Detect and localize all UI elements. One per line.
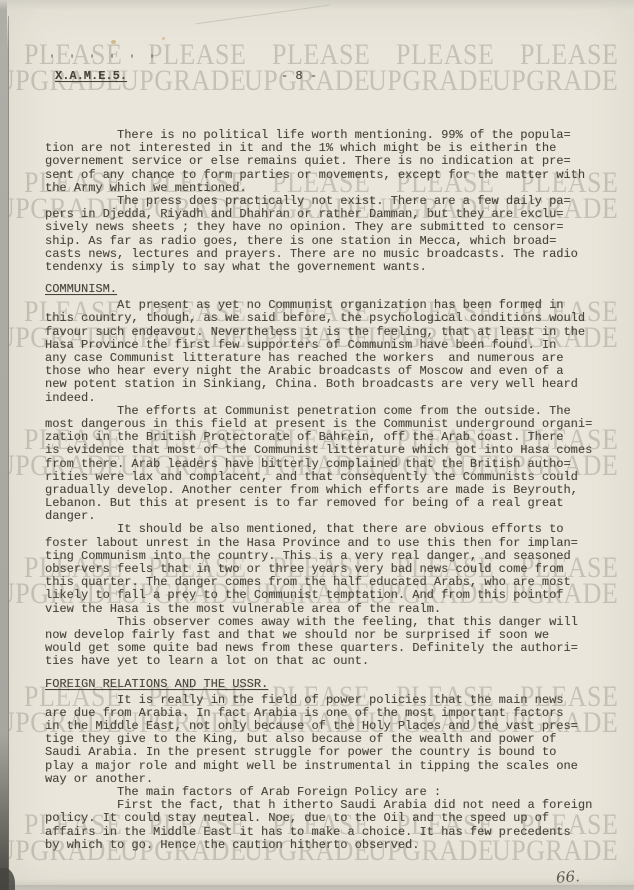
text-line: governement service or else remains quie… xyxy=(45,155,620,168)
scan-top-edge xyxy=(0,0,634,10)
text-line: from there. Arab leaders have bitterly c… xyxy=(45,458,620,471)
section-heading: COMMUNISM. xyxy=(45,283,620,296)
section-heading: FOREIGN RELATIONS AND THE USSR. xyxy=(45,678,620,691)
text-line: policy. It could stay neuteal. Noe, due … xyxy=(45,812,620,825)
paper-stain xyxy=(162,37,165,40)
text-line: ship. As far as radio goes, there is one… xyxy=(45,235,620,248)
text-line: the Army which we mentioned. xyxy=(45,182,620,195)
text-line: This observer comes away with the feelin… xyxy=(45,616,620,629)
text-line: Saudi Arabia. In the present struggle fo… xyxy=(45,746,620,759)
text-line: view the Hasa is the most vulnerable are… xyxy=(45,603,620,616)
text-line: rities were lax and complacent, and that… xyxy=(45,471,620,484)
text-line: favour such endeavout. Nevertheless it i… xyxy=(45,326,620,339)
document-body: There is no political life worth mention… xyxy=(45,129,620,852)
text-line: The efforts at Communist penetration com… xyxy=(45,405,620,418)
text-line: by which to go. Hence the caution hither… xyxy=(45,839,620,852)
text-line: affairs in the Middle East it has to mak… xyxy=(45,826,620,839)
text-line: Lebanon. But this at present is to far r… xyxy=(45,497,620,510)
text-line: this country, though, as we said before,… xyxy=(45,312,620,325)
text-line: is evidence that most of the Communist l… xyxy=(45,444,620,457)
text-line: ties have yet to learn a lot on that ac … xyxy=(45,655,620,668)
text-line: sent of any chance to form parties or mo… xyxy=(45,169,620,182)
text-line: play a major role and might well be inst… xyxy=(45,760,620,773)
paper-stain xyxy=(111,40,116,44)
text-line: sively news sheets ; they have no opinio… xyxy=(45,221,620,234)
page-number: - 8 - xyxy=(281,69,317,83)
text-line: indeed. xyxy=(45,392,620,405)
text-line: It should be also mentioned, that there … xyxy=(45,523,620,536)
text-line: tendenxy is simply to say what the gover… xyxy=(45,261,620,274)
document-title: X.A.M.E.5. xyxy=(55,69,127,83)
text-line: foster labout unrest in the Hasa Provinc… xyxy=(45,537,620,550)
text-line: new potent station in Sinkiang, China. B… xyxy=(45,378,620,391)
scanned-page: PLEASEUPGRADEPLEASEUPGRADEPLEASEUPGRADEP… xyxy=(0,0,634,890)
typed-tick-marks: ' ' ' ' ' ' xyxy=(49,55,159,66)
scan-left-edge xyxy=(0,16,9,890)
text-line: casts news, lectures and prayers. There … xyxy=(45,248,620,261)
scan-bottom-edge xyxy=(0,879,634,890)
text-line: likely to fall a prey to the Communist t… xyxy=(45,589,620,602)
text-line: It is really in the field of power polic… xyxy=(45,694,620,707)
